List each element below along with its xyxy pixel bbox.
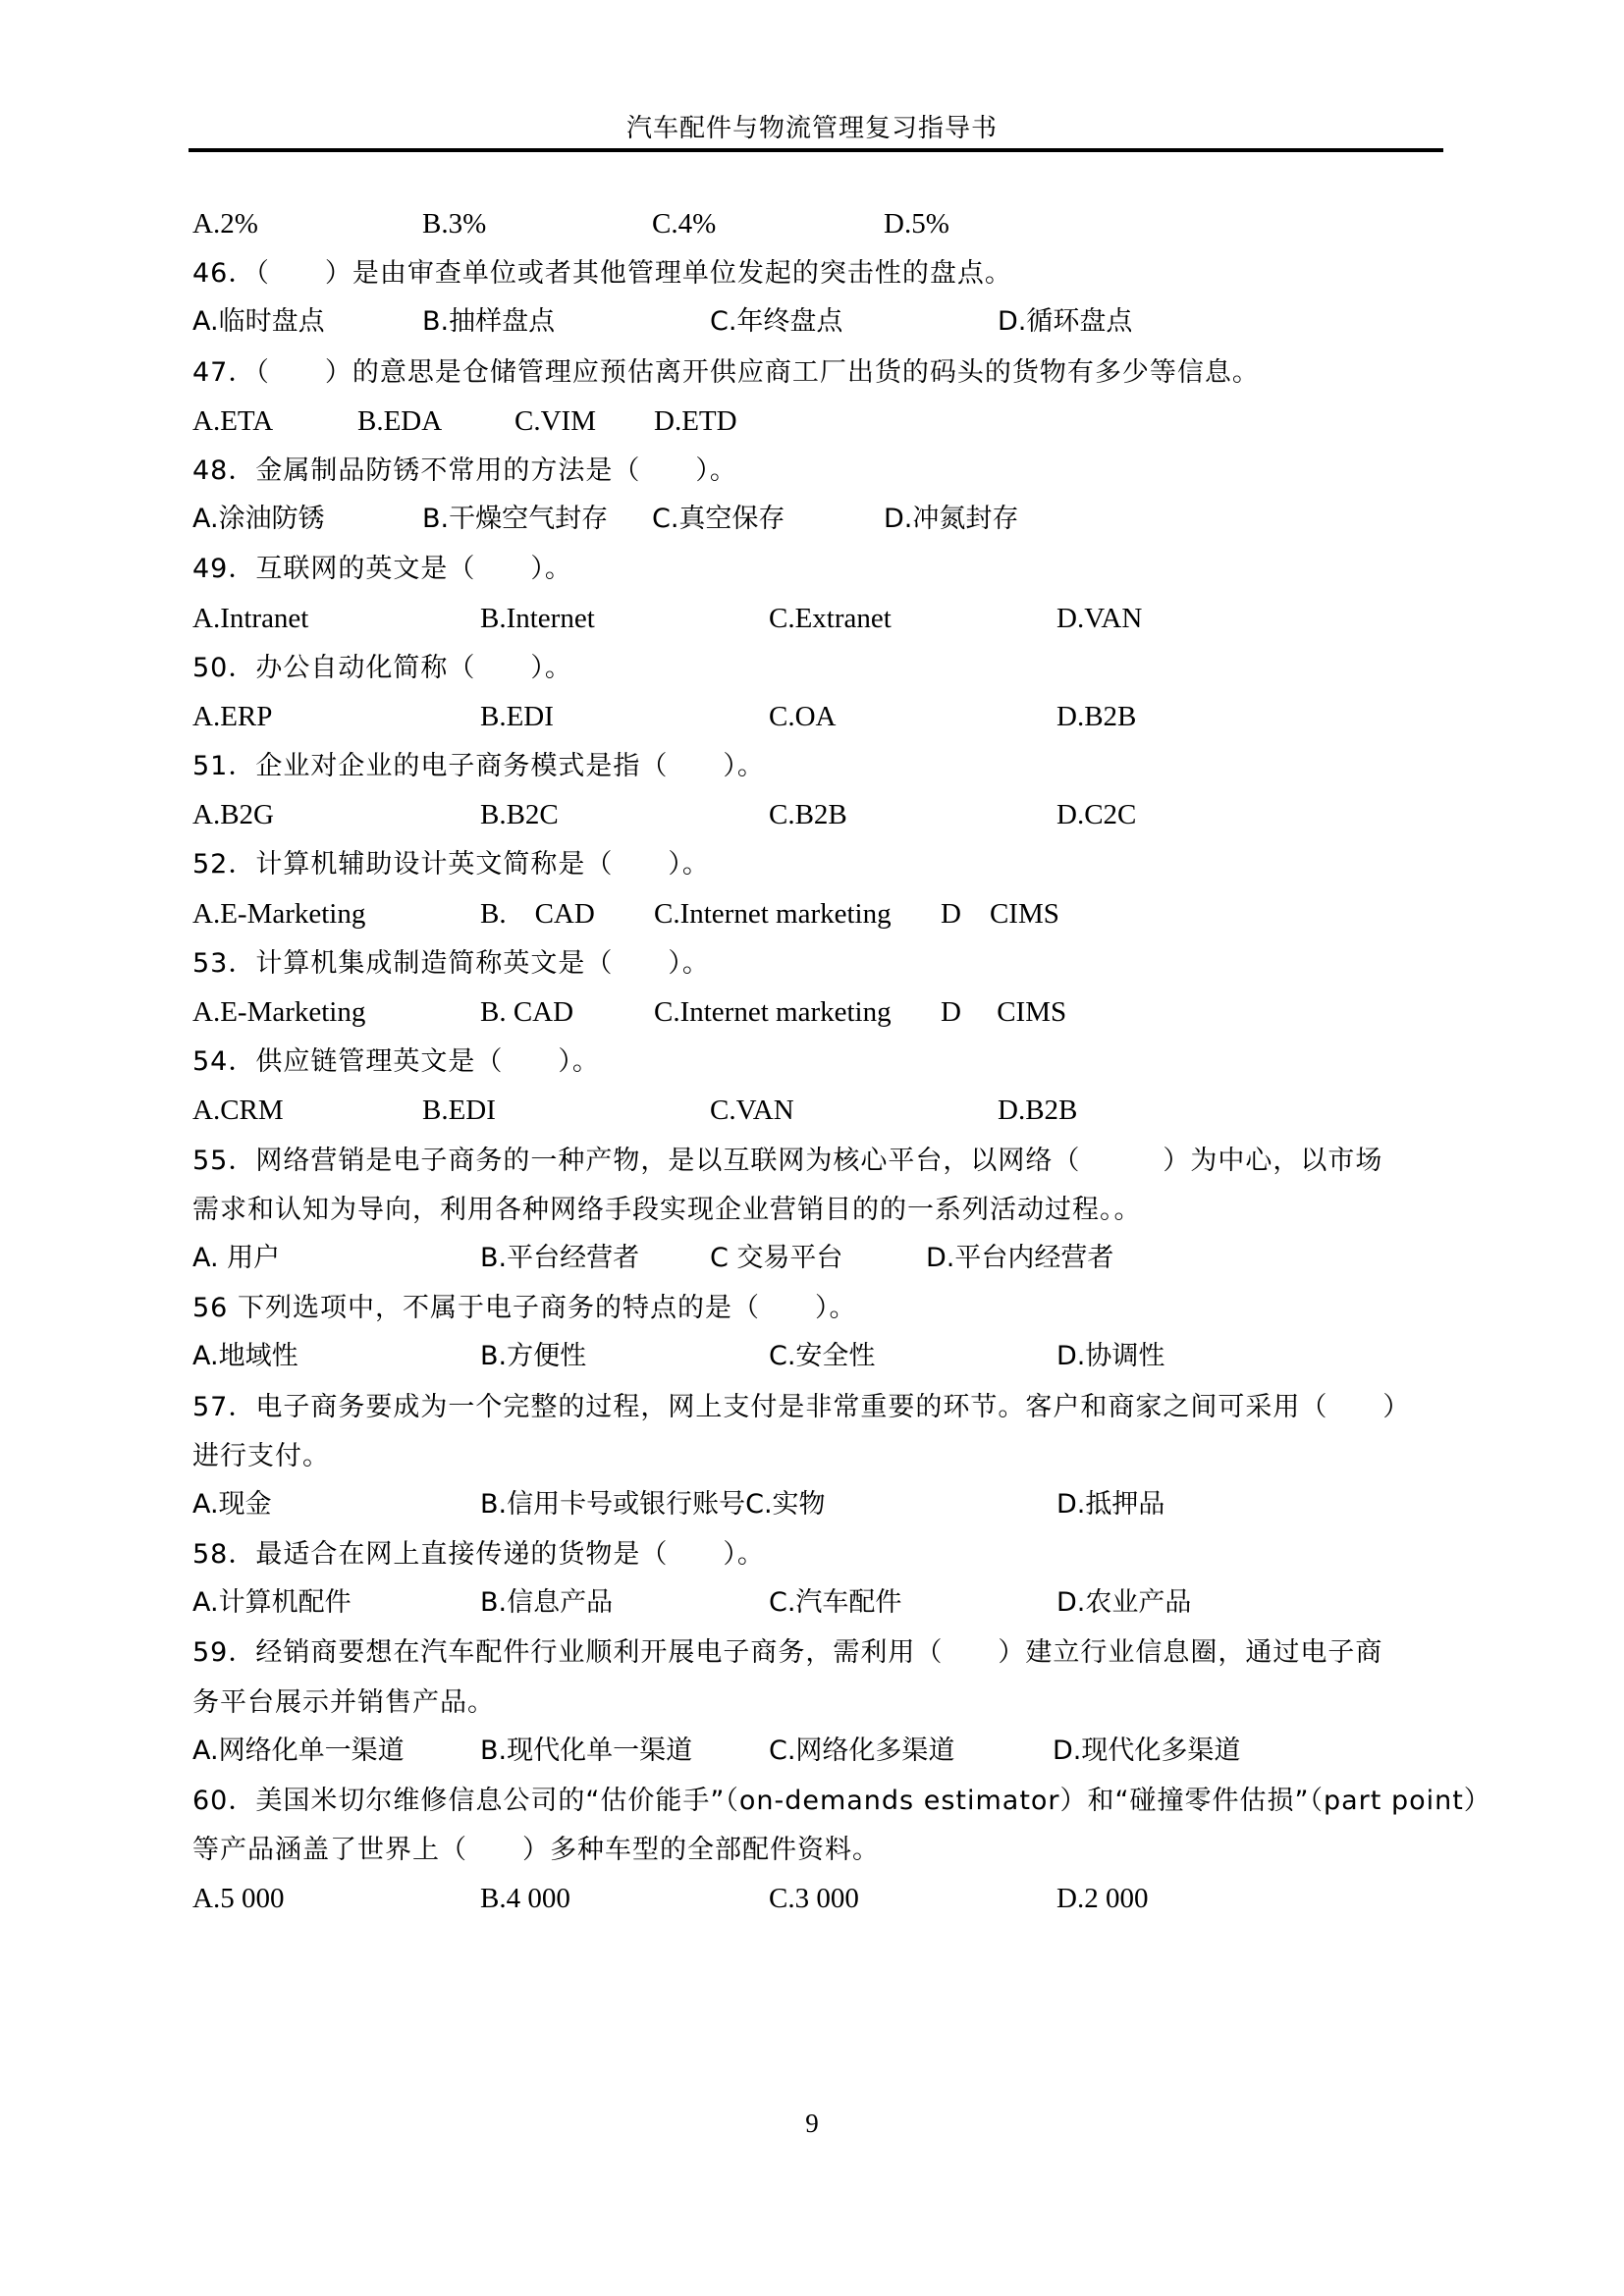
answer-option: A.5 000 <box>192 1874 284 1923</box>
answer-option: B.Internet <box>480 594 595 643</box>
question-text-line: 53．计算机集成制造简称英文是（ ）。 <box>192 938 1449 988</box>
question-text-line: 59．经销商要想在汽车配件行业顺利开展电子商务，需利用（ ）建立行业信息圈，通过… <box>192 1628 1449 1677</box>
question-text-line: 务平台展示并销售产品。 <box>192 1678 1449 1727</box>
answer-options-row: A.2%B.3%C.4%D.5% <box>192 199 1449 248</box>
answer-option: C.VIM <box>514 397 596 446</box>
question-text-line: 60．美国米切尔维修信息公司的“估价能手”（on-demands estimat… <box>192 1776 1449 1825</box>
answer-option: D.B2B <box>1056 692 1136 741</box>
answer-option: B.方便性 <box>480 1332 586 1381</box>
answer-option: D.VAN <box>1056 594 1142 643</box>
answer-option: A.临时盘点 <box>192 297 325 347</box>
answer-option: D.农业产品 <box>1056 1578 1191 1628</box>
answer-options-row: A.现金B.信用卡号或银行账号C.实物D.抵押品 <box>192 1480 1449 1529</box>
answer-option: D.5% <box>884 199 949 248</box>
question-text: 51．企业对企业的电子商务模式是指（ ）。 <box>192 751 765 781</box>
running-header-title: 汽车配件与物流管理复习指导书 <box>0 114 1624 143</box>
question-text: 46．（ ）是由审查单位或者其他管理单位发起的突击性的盘点。 <box>192 258 1012 289</box>
answer-options-row: A.E-MarketingB. CADC.Internet marketingD… <box>192 988 1449 1037</box>
answer-option: B. CAD <box>480 988 573 1037</box>
answer-option: A.CRM <box>192 1086 284 1135</box>
question-text: 57．电子商务要成为一个完整的过程，网上支付是非常重要的环节。客户和商家之间可采… <box>192 1392 1410 1422</box>
question-text: 47．（ ）的意思是仓储管理应预估离开供应商工厂出货的码头的货物有多少等信息。 <box>192 357 1260 388</box>
question-text-line: 46．（ ）是由审查单位或者其他管理单位发起的突击性的盘点。 <box>192 248 1449 297</box>
answer-option: C.Extranet <box>769 594 892 643</box>
answer-option: A.B2G <box>192 790 274 839</box>
answer-option: C.年终盘点 <box>710 297 842 347</box>
answer-option: B. CAD <box>480 889 595 938</box>
answer-option: D.C2C <box>1056 790 1136 839</box>
answer-option: D.现代化多渠道 <box>1053 1727 1240 1776</box>
answer-options-row: A.网络化单一渠道B.现代化单一渠道C.网络化多渠道D.现代化多渠道 <box>192 1727 1449 1776</box>
answer-options-row: A. 用户B.平台经营者C 交易平台D.平台内经营者 <box>192 1234 1449 1283</box>
answer-option: A.网络化单一渠道 <box>192 1727 405 1776</box>
answer-option: C.真空保存 <box>652 495 785 544</box>
question-text-line: 需求和认知为导向，利用各种网络手段实现企业营销目的的一系列活动过程。。 <box>192 1185 1449 1234</box>
answer-options-row: A.B2GB.B2CC.B2BD.C2C <box>192 790 1449 839</box>
answer-option: D.协调性 <box>1056 1332 1164 1381</box>
question-text-line: 等产品涵盖了世界上（ ）多种车型的全部配件资料。 <box>192 1825 1449 1874</box>
question-text: 务平台展示并销售产品。 <box>192 1687 495 1718</box>
question-text-line: 47．（ ）的意思是仓储管理应预估离开供应商工厂出货的码头的货物有多少等信息。 <box>192 347 1449 397</box>
answer-option: D.冲氮封存 <box>884 495 1018 544</box>
answer-option: B.信息产品 <box>480 1578 613 1628</box>
answer-option: A.2% <box>192 199 258 248</box>
answer-option: C.Internet marketing <box>654 988 892 1037</box>
answer-option: B.干燥空气封存 <box>422 495 608 544</box>
question-text: 49．互联网的英文是（ ）。 <box>192 554 572 584</box>
answer-option: A.E-Marketing <box>192 889 365 938</box>
answer-option: D CIMS <box>941 889 1059 938</box>
question-text-line: 49．互联网的英文是（ ）。 <box>192 544 1449 593</box>
question-text-line: 57．电子商务要成为一个完整的过程，网上支付是非常重要的环节。客户和商家之间可采… <box>192 1382 1449 1431</box>
answer-option: D.ETD <box>654 397 737 446</box>
answer-option: B.平台经营者 <box>480 1234 639 1283</box>
answer-option: A.涂油防锈 <box>192 495 325 544</box>
question-text-line: 进行支付。 <box>192 1431 1449 1480</box>
answer-option: D.平台内经营者 <box>926 1234 1113 1283</box>
question-text: 进行支付。 <box>192 1441 330 1471</box>
question-text: 53．计算机集成制造简称英文是（ ）。 <box>192 948 710 979</box>
answer-option: B.3% <box>422 199 486 248</box>
answer-option: C.B2B <box>769 790 847 839</box>
answer-option: C.3 000 <box>769 1874 859 1923</box>
question-text-line: 50．办公自动化简称（ ）。 <box>192 643 1449 692</box>
answer-option: A.计算机配件 <box>192 1578 352 1628</box>
question-text: 60．美国米切尔维修信息公司的“估价能手”（on-demands estimat… <box>192 1786 1491 1816</box>
answer-options-row: A.5 000B.4 000C.3 000D.2 000 <box>192 1874 1449 1923</box>
answer-options-row: A.ERPB.EDIC.OAD.B2B <box>192 692 1449 741</box>
answer-option: C.VAN <box>710 1086 794 1135</box>
question-text: 54．供应链管理英文是（ ）。 <box>192 1046 600 1077</box>
answer-option: D CIMS <box>941 988 1066 1037</box>
answer-option: B.现代化单一渠道 <box>480 1727 692 1776</box>
answer-option: C.安全性 <box>769 1332 875 1381</box>
answer-option: A.E-Marketing <box>192 988 365 1037</box>
answer-option: B.4 000 <box>480 1874 570 1923</box>
answer-option: B.EDI <box>480 692 554 741</box>
answer-option: D.循环盘点 <box>998 297 1132 347</box>
answer-option: D.B2B <box>998 1086 1077 1135</box>
question-text: 等产品涵盖了世界上（ ）多种车型的全部配件资料。 <box>192 1835 880 1865</box>
answer-option: B.EDA <box>357 397 442 446</box>
question-text-line: 52．计算机辅助设计英文简称是（ ）。 <box>192 839 1449 888</box>
answer-options-row: A.计算机配件B.信息产品C.汽车配件D.农业产品 <box>192 1578 1449 1628</box>
answer-options-row: A.IntranetB.InternetC.ExtranetD.VAN <box>192 594 1449 643</box>
answer-option: B.抽样盘点 <box>422 297 555 347</box>
question-text-line: 58．最适合在网上直接传递的货物是（ ）。 <box>192 1529 1449 1578</box>
question-text: 需求和认知为导向，利用各种网络手段实现企业营销目的的一系列活动过程。。 <box>192 1195 1142 1225</box>
answer-options-row: A.E-MarketingB. CADC.Internet marketingD… <box>192 889 1449 938</box>
question-text: 59．经销商要想在汽车配件行业顺利开展电子商务，需利用（ ）建立行业信息圈，通过… <box>192 1637 1382 1668</box>
question-list: A.2%B.3%C.4%D.5%46．（ ）是由审查单位或者其他管理单位发起的突… <box>192 199 1449 1924</box>
answer-options-row: A.ETAB.EDAC.VIMD.ETD <box>192 397 1449 446</box>
question-text: 56 下列选项中，不属于电子商务的特点的是（ ）。 <box>192 1293 856 1323</box>
answer-option: B.B2C <box>480 790 559 839</box>
question-text: 55．网络营销是电子商务的一种产物，是以互联网为核心平台，以网络（ ）为中心，以… <box>192 1146 1382 1176</box>
question-text: 52．计算机辅助设计英文简称是（ ）。 <box>192 849 710 880</box>
header-rule <box>189 148 1443 152</box>
answer-options-row: A.临时盘点B.抽样盘点C.年终盘点D.循环盘点 <box>192 297 1449 347</box>
answer-option: C.汽车配件 <box>769 1578 901 1628</box>
page-number: 9 <box>0 2109 1624 2139</box>
answer-option: C.网络化多渠道 <box>769 1727 954 1776</box>
answer-option: C.4% <box>652 199 716 248</box>
answer-option: C.OA <box>769 692 836 741</box>
answer-option: C.Internet marketing <box>654 889 892 938</box>
answer-options-row: A.涂油防锈B.干燥空气封存C.真空保存D.冲氮封存 <box>192 495 1449 544</box>
question-text: 50．办公自动化简称（ ）。 <box>192 653 572 683</box>
answer-option: A.Intranet <box>192 594 308 643</box>
question-text: 48．金属制品防锈不常用的方法是（ ）。 <box>192 455 737 486</box>
question-text-line: 56 下列选项中，不属于电子商务的特点的是（ ）。 <box>192 1283 1449 1332</box>
answer-option: D.2 000 <box>1056 1874 1148 1923</box>
question-text-line: 55．网络营销是电子商务的一种产物，是以互联网为核心平台，以网络（ ）为中心，以… <box>192 1136 1449 1185</box>
answer-option: D.抵押品 <box>1056 1480 1164 1529</box>
question-text-line: 48．金属制品防锈不常用的方法是（ ）。 <box>192 446 1449 495</box>
answer-option: A.现金 <box>192 1480 272 1529</box>
question-text-line: 54．供应链管理英文是（ ）。 <box>192 1037 1449 1086</box>
answer-options-row: A.CRMB.EDIC.VAND.B2B <box>192 1086 1449 1135</box>
answer-option: B.信用卡号或银行账号C.实物 <box>480 1480 826 1529</box>
question-text: 58．最适合在网上直接传递的货物是（ ）。 <box>192 1539 765 1570</box>
answer-option: C 交易平台 <box>710 1234 842 1283</box>
question-text-line: 51．企业对企业的电子商务模式是指（ ）。 <box>192 741 1449 790</box>
answer-options-row: A.地域性B.方便性C.安全性D.协调性 <box>192 1332 1449 1381</box>
answer-option: A. 用户 <box>192 1234 280 1283</box>
answer-option: B.EDI <box>422 1086 496 1135</box>
answer-option: A.ETA <box>192 397 273 446</box>
answer-option: A.地域性 <box>192 1332 298 1381</box>
answer-option: A.ERP <box>192 692 272 741</box>
